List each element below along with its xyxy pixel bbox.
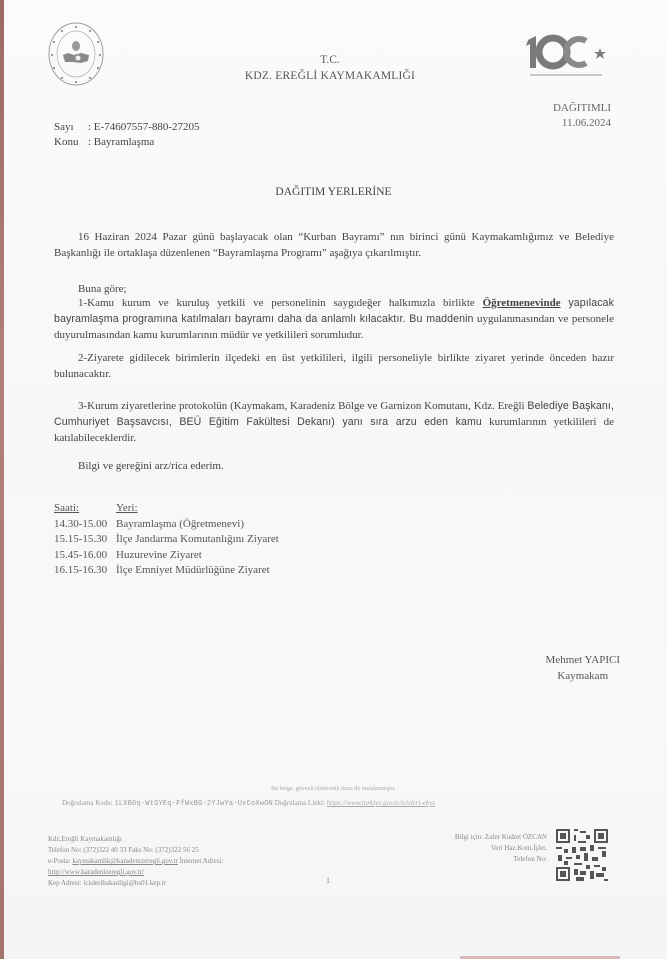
distribution-label: DAĞITIMLI — [553, 101, 611, 116]
col-time-header: Saati: — [54, 502, 116, 514]
schedule-header: Saati:Yeri: — [54, 502, 279, 518]
footer-contact: Bilgi için: Zafer Kudret ÖZCAN Veri Haz.… — [455, 832, 547, 865]
web-link[interactable]: http://www.karadenizeregli.gov.tr/ — [48, 868, 144, 876]
signature-block: Mehmet YAPICI Kaymakam — [546, 652, 620, 684]
verification-line: Doğrulama Kodu: 1LXB6q-WtGYEq-FfWxBG-2YJ… — [62, 799, 435, 808]
info-contact: Bilgi için: Zafer Kudret ÖZCAN — [455, 832, 547, 843]
address-name: Kdz.Ereğli Kaymakamlığı — [48, 834, 223, 845]
ministry-seal-icon — [48, 22, 104, 86]
schedule-row: 14.30-15.00Bayramlaşma (Öğretmenevi) — [54, 518, 279, 534]
schedule-time: 15.15-15.30 — [54, 533, 116, 545]
item-3-text: 3-Kurum ziyaretlerine protokolün (Kaymak… — [78, 400, 527, 412]
schedule-row: 15.45-16.00Huzurevine Ziyaret — [54, 549, 279, 565]
schedule-place: İlçe Emniyet Müdürlüğüne Ziyaret — [116, 564, 270, 576]
email-label: e-Posta: — [48, 857, 71, 865]
schedule-place: Bayramlaşma (Öğretmenevi) — [116, 518, 244, 530]
schedule-time: 16.15-16.30 — [54, 564, 116, 576]
schedule-table: Saati:Yeri: 14.30-15.00Bayramlaşma (Öğre… — [54, 502, 279, 580]
info-role: Veri Haz.Kont.İşlet. — [455, 843, 547, 854]
cumhuriyet-100-logo-icon — [520, 28, 612, 80]
page-number: 1 — [326, 876, 330, 885]
schedule-row: 15.15-15.30İlçe Jandarma Komutanlığını Z… — [54, 533, 279, 549]
sayi-value: : E-74607557-880-27205 — [88, 121, 200, 133]
item-3-paragraph: 3-Kurum ziyaretlerine protokolün (Kaymak… — [54, 398, 614, 446]
meta-konu: Konu: Bayramlaşma — [54, 136, 154, 148]
verify-code-label: Doğrulama Kodu: — [62, 799, 113, 807]
verify-code: 1LXB6q-WtGYEq-FfWxBG-2YJwYa-UxCoXwON — [115, 800, 273, 808]
item-1-text: 1-Kamu kurum ve kuruluş yetkili ve perso… — [78, 297, 483, 309]
item-2-paragraph: 2-Ziyarete gidilecek birimlerin ilçedeki… — [54, 350, 614, 382]
col-place-header: Yeri: — [116, 502, 138, 514]
distribution-block: DAĞITIMLI 11.06.2024 — [553, 101, 611, 131]
item-1-venue: Öğretmenevinde — [483, 297, 561, 309]
phone-line: Telefon No: (372)322 40 33 Faks No: (372… — [48, 845, 223, 856]
header-organization: KDZ. EREĞLİ KAYMAKAMLIĞI — [180, 70, 480, 82]
schedule-place: Huzurevine Ziyaret — [116, 549, 202, 561]
info-phone: Telefon No: — [455, 854, 547, 865]
verify-link[interactable]: https://www.turkiye.gov.tr/icisleri-ebys — [327, 799, 435, 807]
document-date: 11.06.2024 — [553, 116, 611, 131]
signer-name: Mehmet YAPICI — [546, 652, 620, 668]
schedule-time: 14.30-15.00 — [54, 518, 116, 530]
intro-paragraph: 16 Haziran 2024 Pazar günü başlayacak ol… — [54, 229, 614, 261]
verify-link-label: Doğrulama Linki: — [275, 799, 325, 807]
schedule-time: 15.45-16.00 — [54, 549, 116, 561]
esign-note: Bu belge, güvenli elektronik imza ile im… — [0, 786, 667, 792]
qr-code-icon — [554, 827, 610, 883]
item-1-paragraph: 1-Kamu kurum ve kuruluş yetkili ve perso… — [54, 295, 614, 343]
sayi-label: Sayı — [54, 121, 88, 133]
closing-line: Bilgi ve gereğini arz/rica ederim. — [54, 458, 614, 474]
email-line: e-Posta: kaymakamlik@karadenizeregli.gov… — [48, 856, 223, 867]
kep-address: Kep Adresi: icisleribakanligi@hs01.kep.t… — [48, 878, 223, 889]
header-country: T.C. — [180, 54, 480, 66]
meta-sayi: Sayı: E-74607557-880-27205 — [54, 121, 200, 133]
footer-address: Kdz.Ereğli Kaymakamlığı Telefon No: (372… — [48, 834, 223, 889]
konu-label: Konu — [54, 136, 88, 148]
signer-title: Kaymakam — [546, 668, 620, 684]
schedule-row: 16.15-16.30İlçe Emniyet Müdürlüğüne Ziya… — [54, 564, 279, 580]
web-label: İnternet Adresi: — [180, 857, 224, 865]
document-title: DAĞITIM YERLERİNE — [0, 186, 667, 198]
email-link[interactable]: kaymakamlik@karadenizeregli.gov.tr — [72, 857, 178, 865]
konu-value: : Bayramlaşma — [88, 136, 154, 148]
schedule-place: İlçe Jandarma Komutanlığını Ziyaret — [116, 533, 279, 545]
